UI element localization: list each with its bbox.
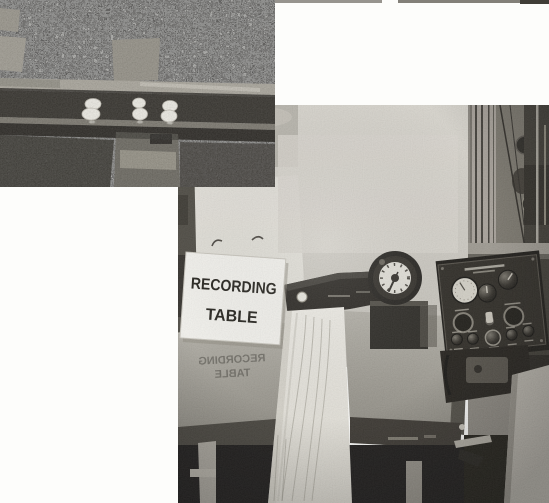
film-grain	[0, 0, 275, 187]
scan-page: RECORDING TABLE	[0, 0, 549, 503]
top-photo-edge-dark	[520, 0, 549, 4]
top-photo-edge-right	[398, 0, 520, 3]
rail-closeup-photo	[0, 0, 275, 187]
top-photo-edge-left	[270, 0, 382, 3]
